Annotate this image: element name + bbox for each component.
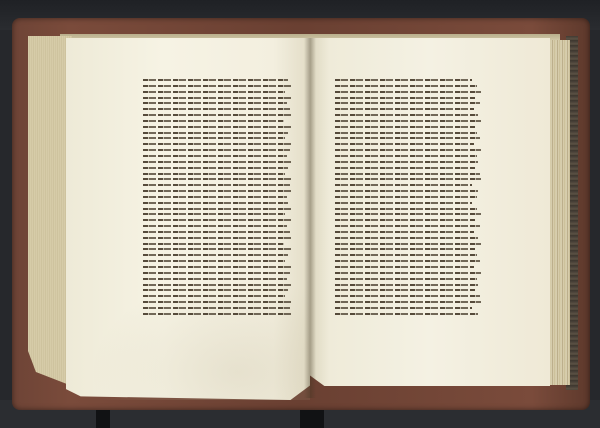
page-block-right-edge [548, 40, 570, 385]
manuscript-text: ... provincia ... per ... speciem ... [143, 240, 291, 246]
manuscript-text: ... recepit ... Cordubam ... mundi [335, 245, 481, 251]
manuscript-text-line [335, 311, 481, 317]
book-gutter [304, 38, 316, 398]
left-page-text-block: recepta omnia sicilia ... mutendo ... pe… [143, 77, 291, 317]
manuscript-text-line [143, 311, 291, 317]
right-page-text-block: Eius plures Longinum ... provinciae ... … [335, 77, 481, 317]
